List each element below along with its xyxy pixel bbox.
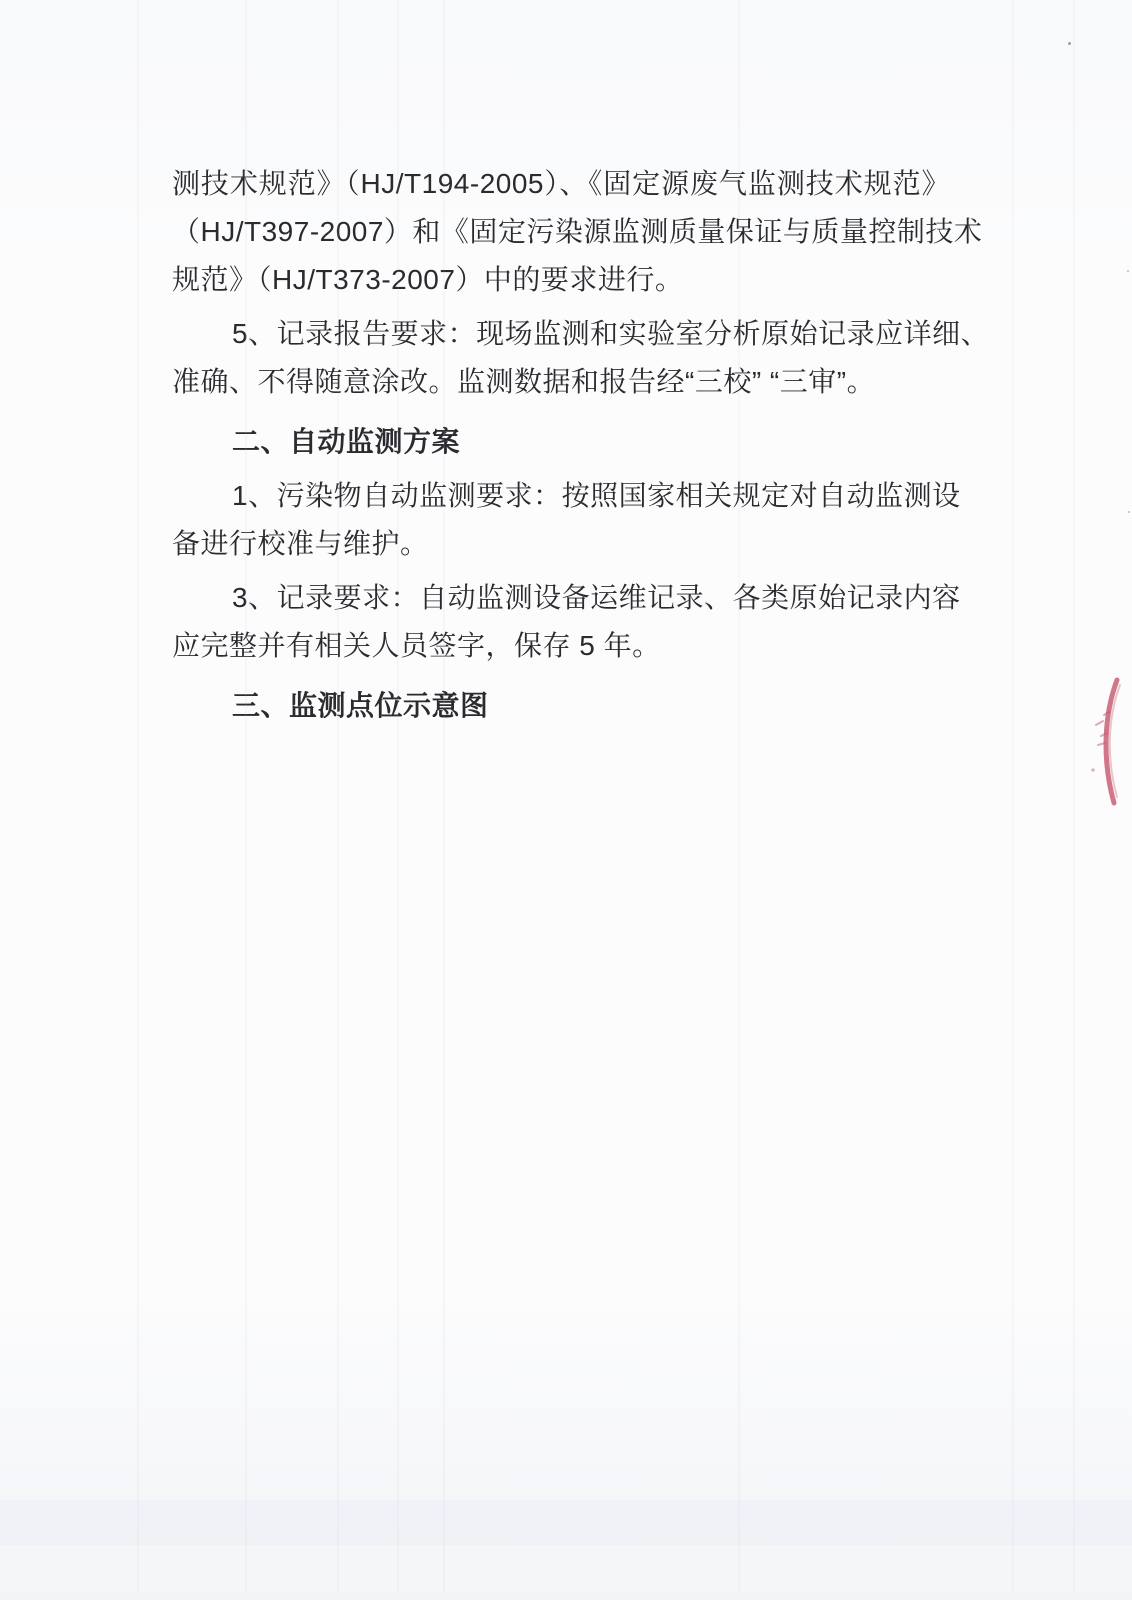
text-line: 规范》（HJ/T373-2007）中的要求进行。 [172, 256, 950, 304]
section-heading: 二、自动监测方案 [172, 418, 950, 466]
scan-band [0, 1592, 1132, 1600]
scan-band [0, 1500, 1132, 1545]
text-line: 应完整并有相关人员签字，保存 5 年。 [172, 622, 950, 670]
text-line: 二、自动监测方案 [172, 418, 950, 466]
red-seal-arc-icon [1080, 665, 1132, 815]
scan-streak [1073, 0, 1075, 1600]
document-body: 测技术规范》（HJ/T194-2005）、《固定源废气监测技术规范》（HJ/T3… [172, 160, 950, 730]
text-line: （HJ/T397-2007）和《固定污染源监测质量保证与质量控制技术 [172, 208, 950, 256]
text-line: 5、记录报告要求：现场监测和实验室分析原始记录应详细、 [172, 310, 950, 358]
scan-streak [1012, 0, 1014, 1600]
text-line: 1、污染物自动监测要求：按照国家相关规定对自动监测设 [172, 472, 950, 520]
text-line: 准确、不得随意涂改。监测数据和报告经“三校” “三审”。 [172, 358, 950, 406]
scanned-document-page: 测技术规范》（HJ/T194-2005）、《固定源废气监测技术规范》（HJ/T3… [0, 0, 1132, 1600]
scan-speck [1127, 270, 1129, 272]
paragraph: 5、记录报告要求：现场监测和实验室分析原始记录应详细、准确、不得随意涂改。监测数… [172, 310, 950, 406]
scan-speck [1128, 511, 1130, 513]
seal-ink-dot [1091, 768, 1094, 771]
text-line: 三、监测点位示意图 [172, 682, 950, 730]
scan-streak [137, 0, 139, 1600]
text-line: 3、记录要求：自动监测设备运维记录、各类原始记录内容 [172, 574, 950, 622]
text-line: 测技术规范》（HJ/T194-2005）、《固定源废气监测技术规范》 [172, 160, 950, 208]
paragraph: 测技术规范》（HJ/T194-2005）、《固定源废气监测技术规范》（HJ/T3… [172, 160, 950, 304]
paragraph: 1、污染物自动监测要求：按照国家相关规定对自动监测设备进行校准与维护。 [172, 472, 950, 568]
scan-speck [1068, 42, 1071, 45]
text-line: 备进行校准与维护。 [172, 520, 950, 568]
paragraph: 3、记录要求：自动监测设备运维记录、各类原始记录内容应完整并有相关人员签字，保存… [172, 574, 950, 670]
section-heading: 三、监测点位示意图 [172, 682, 950, 730]
